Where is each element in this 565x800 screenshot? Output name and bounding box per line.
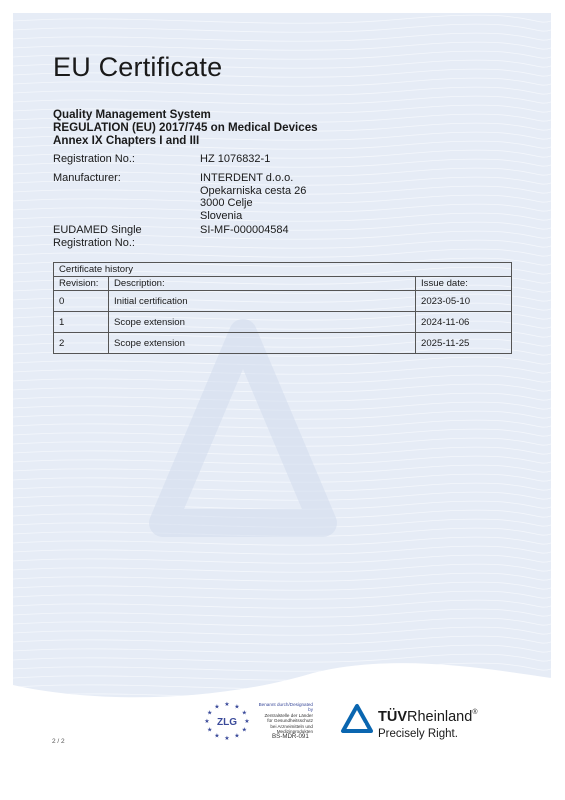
- address-line: Opekarniska cesta 26: [200, 185, 306, 198]
- page-number: 2 / 2: [52, 738, 65, 745]
- revision-cell: 1: [54, 312, 109, 333]
- revision-cell: 2: [54, 333, 109, 354]
- description-cell: Initial certification: [109, 291, 416, 312]
- description-cell: Scope extension: [109, 333, 416, 354]
- table-row: 0 Initial certification 2023-05-10: [54, 291, 512, 312]
- revision-cell: 0: [54, 291, 109, 312]
- eudamed-label-line: Registration No.:: [53, 237, 203, 250]
- svg-text:★: ★: [234, 703, 239, 710]
- column-header-issue-date: Issue date:: [416, 277, 512, 291]
- tuv-triangle-logo-icon: [339, 703, 375, 735]
- table-row: 1 Scope extension 2024-11-06: [54, 312, 512, 333]
- description-cell: Scope extension: [109, 312, 416, 333]
- table-caption: Certificate history: [54, 263, 512, 277]
- tuv-bold: TÜV: [378, 709, 407, 725]
- registration-value: HZ 1076832-1: [200, 153, 270, 166]
- tuv-claim: Precisely Right.: [378, 728, 458, 740]
- svg-text:★: ★: [224, 735, 229, 742]
- svg-text:★: ★: [204, 718, 209, 725]
- issue-date-cell: 2024-11-06: [416, 312, 512, 333]
- issue-date-cell: 2023-05-10: [416, 291, 512, 312]
- certificate-history-table: Certificate history Revision: Descriptio…: [53, 262, 512, 354]
- svg-text:★: ★: [242, 727, 247, 734]
- eudamed-label-line: EUDAMED Single: [53, 224, 203, 237]
- notified-body-code: BS-MDR-091: [272, 733, 309, 740]
- designated-by: Benannt durch/Designated by: [258, 702, 313, 713]
- column-header-revision: Revision:: [54, 277, 109, 291]
- eudamed-label: EUDAMED Single Registration No.:: [53, 224, 203, 249]
- tuv-wordmark: TÜVRheinland®: [378, 709, 477, 725]
- svg-text:★: ★: [214, 703, 219, 710]
- svg-text:ZLG: ZLG: [217, 717, 237, 728]
- certificate-scope: Quality Management System REGULATION (EU…: [53, 108, 318, 147]
- manufacturer-address: INTERDENT d.o.o. Opekarniska cesta 26 30…: [200, 172, 306, 222]
- notified-body-text: Benannt durch/Designated by Zentralstell…: [258, 702, 313, 734]
- svg-text:★: ★: [207, 710, 212, 717]
- manufacturer-label: Manufacturer:: [53, 172, 203, 185]
- address-line: Slovenia: [200, 210, 306, 223]
- svg-text:★: ★: [214, 733, 219, 740]
- svg-text:★: ★: [207, 727, 212, 734]
- svg-text:★: ★: [234, 733, 239, 740]
- column-header-description: Description:: [109, 277, 416, 291]
- registered-mark: ®: [472, 709, 477, 716]
- scope-line: Annex IX Chapters I and III: [53, 134, 318, 147]
- issue-date-cell: 2025-11-25: [416, 333, 512, 354]
- scope-line: Quality Management System: [53, 108, 318, 121]
- svg-text:★: ★: [244, 718, 249, 725]
- registration-label: Registration No.:: [53, 153, 203, 166]
- address-line: INTERDENT d.o.o.: [200, 172, 306, 185]
- tuv-regular: Rheinland: [407, 709, 472, 725]
- svg-text:★: ★: [242, 710, 247, 717]
- scope-line: REGULATION (EU) 2017/745 on Medical Devi…: [53, 121, 318, 134]
- page-title: EU Certificate: [53, 52, 222, 83]
- table-row: 2 Scope extension 2025-11-25: [54, 333, 512, 354]
- eudamed-value: SI-MF-000004584: [200, 224, 289, 237]
- svg-text:★: ★: [224, 701, 229, 708]
- address-line: 3000 Celje: [200, 197, 306, 210]
